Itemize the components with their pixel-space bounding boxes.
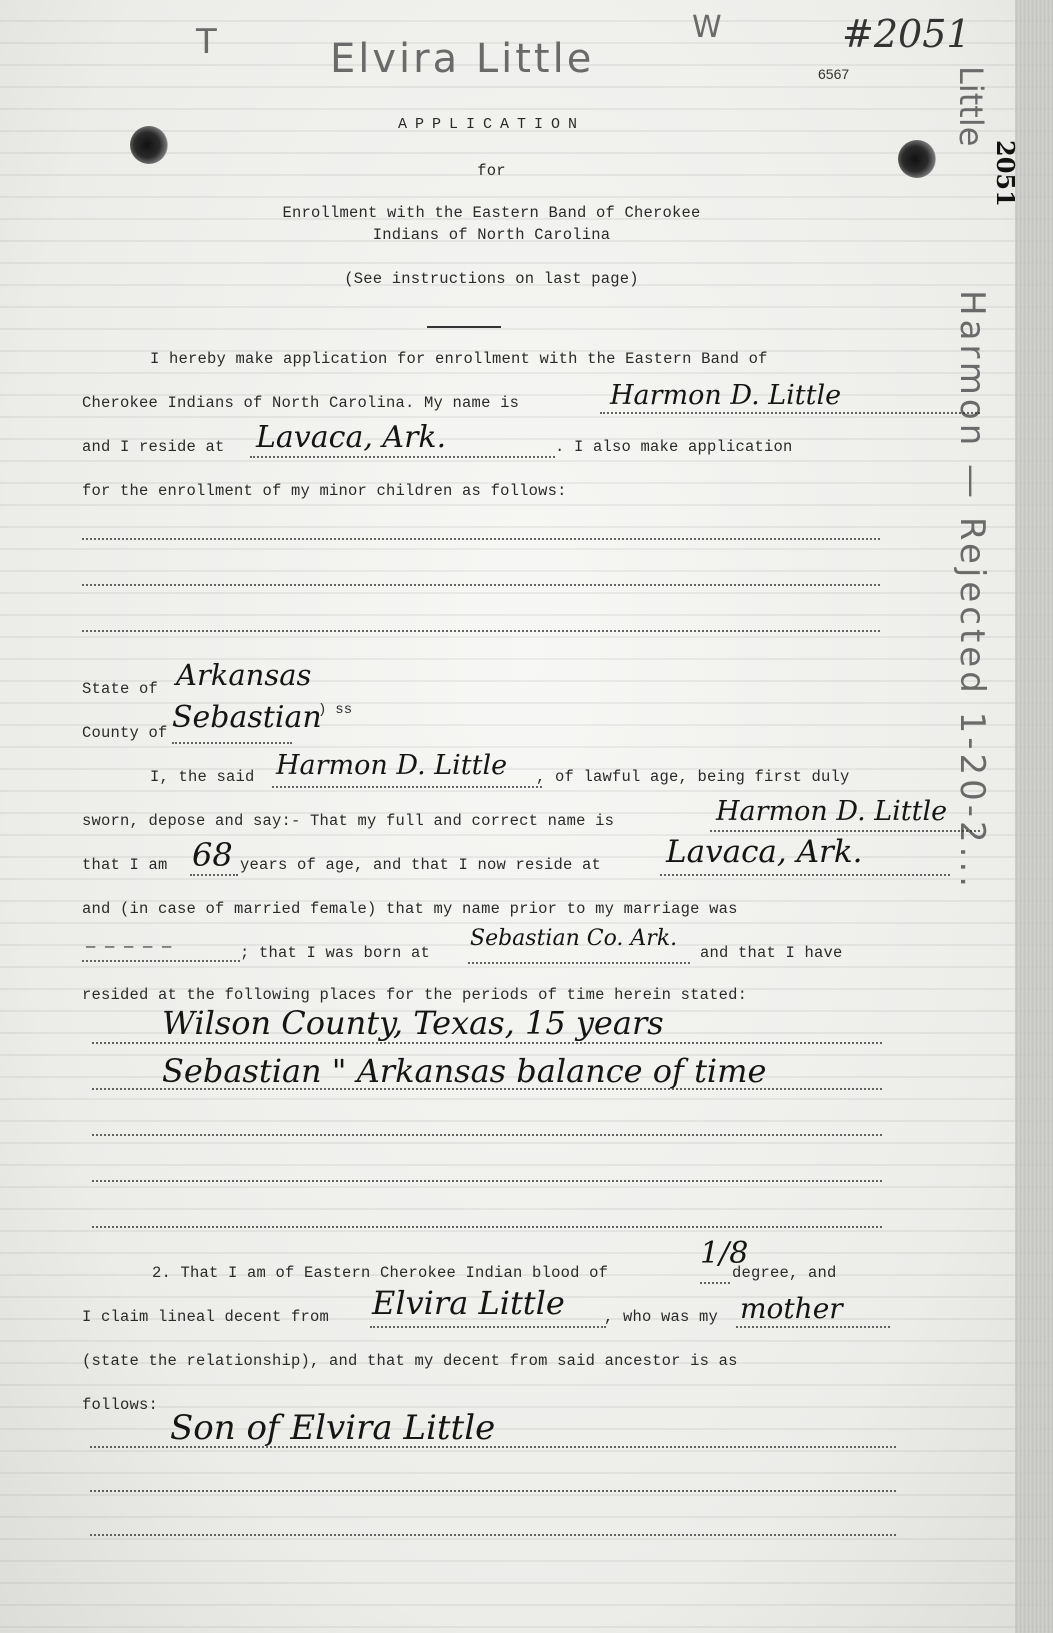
- child-line-2[interactable]: [82, 584, 880, 586]
- name-field-line: [600, 412, 980, 414]
- descent-line-3[interactable]: [90, 1534, 896, 1536]
- ss-mark: ) ss: [318, 702, 352, 718]
- form-subtitle-2: Indians of North Carolina: [0, 226, 1053, 244]
- vertical-rejection-note: Harmon — Rejected 1-20-2...: [952, 290, 992, 891]
- intro-line-4: for the enrollment of my minor children …: [82, 482, 567, 500]
- residence-field-line: [250, 456, 555, 458]
- birthplace-line: [468, 962, 690, 964]
- age-prefix: that I am: [82, 856, 168, 874]
- follows-label: follows:: [82, 1396, 158, 1414]
- reside-line: [660, 874, 950, 876]
- top-left-mark: T: [196, 22, 217, 62]
- blood-degree-prefix: 2. That I am of Eastern Cherokee Indian …: [152, 1264, 608, 1282]
- said-name-line: [272, 786, 542, 788]
- form-for: for: [0, 162, 1053, 180]
- pencil-name: Elvira Little: [330, 36, 594, 82]
- intro-line-2: Cherokee Indians of North Carolina. My n…: [82, 394, 519, 412]
- vertical-name: Little: [952, 66, 990, 146]
- married-female-line: and (in case of married female) that my …: [82, 900, 738, 918]
- county-field-line: [172, 742, 292, 744]
- scanned-page: T Elvira Little W #2051 6567 Little 2051…: [0, 0, 1053, 1633]
- form-title: APPLICATION: [0, 116, 1053, 133]
- relationship-field[interactable]: mother: [740, 1292, 843, 1325]
- stamp-number: 6567: [818, 66, 849, 82]
- resided-line: resided at the following places for the …: [82, 986, 747, 1004]
- descent-line-2[interactable]: [90, 1490, 896, 1492]
- residence-field[interactable]: Lavaca, Ark.: [256, 420, 446, 455]
- residence-history-line-3[interactable]: [92, 1134, 882, 1136]
- intro-line-1: I hereby make application for enrollment…: [150, 350, 768, 368]
- form-subtitle-1: Enrollment with the Eastern Band of Cher…: [0, 204, 1053, 222]
- claim-mid: , who was my: [604, 1308, 718, 1326]
- age-field-line: [190, 874, 238, 876]
- county-field[interactable]: Sebastian: [172, 700, 322, 735]
- ancestor-line: [370, 1326, 606, 1328]
- state-label: State of: [82, 680, 158, 698]
- birthplace-field[interactable]: Sebastian Co. Ark.: [470, 926, 677, 951]
- county-label: County of: [82, 724, 168, 742]
- blood-degree-line: [700, 1282, 730, 1284]
- applicant-name-field[interactable]: Harmon D. Little: [610, 380, 841, 411]
- said-suffix: , of lawful age, being first duly: [536, 768, 850, 786]
- full-name-field[interactable]: Harmon D. Little: [716, 796, 947, 827]
- w-mark: W: [692, 10, 722, 45]
- relationship-line-text: (state the relationship), and that my de…: [82, 1352, 738, 1370]
- intro-line-3-suffix: . I also make application: [555, 438, 793, 456]
- child-line-3[interactable]: [82, 630, 880, 632]
- born-suffix: and that I have: [700, 944, 843, 962]
- age-field[interactable]: 68: [192, 836, 233, 874]
- said-name-field[interactable]: Harmon D. Little: [276, 750, 507, 781]
- title-divider: [427, 326, 501, 328]
- blood-degree-suffix: degree, and: [732, 1264, 837, 1282]
- state-field[interactable]: Arkansas: [176, 658, 311, 692]
- residence-history-line-5[interactable]: [92, 1226, 882, 1228]
- residence-history-line-4[interactable]: [92, 1180, 882, 1182]
- form-instructions: (See instructions on last page): [0, 270, 1053, 288]
- maiden-name-field[interactable]: — — — — —: [86, 938, 172, 956]
- age-suffix: years of age, and that I now reside at: [240, 856, 601, 874]
- relationship-line: [736, 1326, 890, 1328]
- full-name-line: [710, 830, 980, 832]
- intro-line-3-prefix: and I reside at: [82, 438, 225, 456]
- current-residence-field[interactable]: Lavaca, Ark.: [666, 834, 862, 870]
- residence-history-2[interactable]: Sebastian " Arkansas balance of time: [162, 1052, 766, 1090]
- said-prefix: I, the said: [150, 768, 255, 786]
- ancestor-field[interactable]: Elvira Little: [372, 1284, 565, 1322]
- scan-edge-shadow: [1015, 0, 1053, 1633]
- residence-history-line-1: [92, 1042, 882, 1044]
- claim-prefix: I claim lineal decent from: [82, 1308, 329, 1326]
- file-number: #2051: [842, 12, 971, 56]
- descent-field-1[interactable]: Son of Elvira Little: [170, 1408, 495, 1448]
- sworn-line: sworn, depose and say:- That my full and…: [82, 812, 614, 830]
- maiden-name-line: [82, 960, 240, 962]
- born-prefix: ; that I was born at: [240, 944, 430, 962]
- residence-history-1[interactable]: Wilson County, Texas, 15 years: [162, 1004, 664, 1042]
- child-line-1[interactable]: [82, 538, 880, 540]
